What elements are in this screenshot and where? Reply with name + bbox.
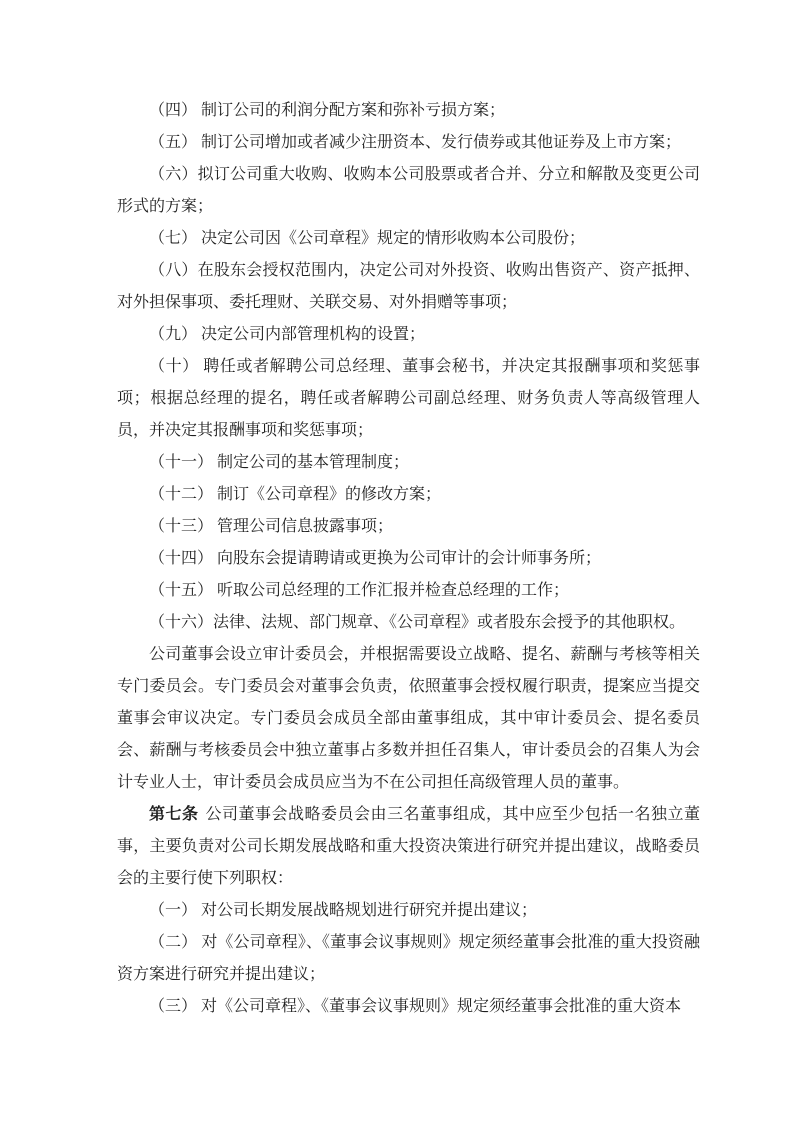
- document-page: （四） 制订公司的利润分配方案和弥补亏损方案；（五） 制订公司增加或者减少注册资…: [0, 0, 794, 1122]
- article-paragraph: 第七条公司董事会战略委员会由三名董事组成，其中应至少包括一名独立董事，主要负责对…: [117, 799, 700, 895]
- paragraph-text: 公司董事会战略委员会由三名董事组成，其中应至少包括一名独立董事，主要负责对公司长…: [117, 806, 700, 887]
- paragraph: （四） 制订公司的利润分配方案和弥补亏损方案；: [117, 95, 700, 127]
- paragraph: （六）拟订公司重大收购、收购本公司股票或者合并、分立和解散及变更公司形式的方案；: [117, 159, 700, 223]
- paragraph: （九） 决定公司内部管理机构的设置；: [117, 319, 700, 351]
- document-body: （四） 制订公司的利润分配方案和弥补亏损方案；（五） 制订公司增加或者减少注册资…: [117, 95, 700, 1023]
- paragraph: （八）在股东会授权范围内，决定公司对外投资、收购出售资产、资产抵押、对外担保事项…: [117, 255, 700, 319]
- paragraph: 公司董事会设立审计委员会，并根据需要设立战略、提名、薪酬与考核等相关专门委员会。…: [117, 639, 700, 799]
- paragraph: （七） 决定公司因《公司章程》规定的情形收购本公司股份；: [117, 223, 700, 255]
- paragraph: （二） 对《公司章程》、《董事会议事规则》规定须经董事会批准的重大投资融资方案进…: [117, 927, 700, 991]
- paragraph: （十五） 听取公司总经理的工作汇报并检查总经理的工作；: [117, 575, 700, 607]
- paragraph: （一） 对公司长期发展战略规划进行研究并提出建议；: [117, 895, 700, 927]
- paragraph: （十） 聘任或者解聘公司总经理、董事会秘书，并决定其报酬事项和奖惩事项；根据总经…: [117, 351, 700, 447]
- paragraph: （五） 制订公司增加或者减少注册资本、发行债券或其他证券及上市方案；: [117, 127, 700, 159]
- paragraph: （十一） 制定公司的基本管理制度；: [117, 447, 700, 479]
- paragraph: （十六）法律、法规、部门规章、《公司章程》或者股东会授予的其他职权。: [117, 607, 700, 639]
- paragraph: （十二） 制订《公司章程》的修改方案；: [117, 479, 700, 511]
- paragraph: （十四） 向股东会提请聘请或更换为公司审计的会计师事务所；: [117, 543, 700, 575]
- article-number: 第七条: [149, 806, 199, 823]
- paragraph: （十三） 管理公司信息披露事项；: [117, 511, 700, 543]
- paragraph: （三） 对《公司章程》、《董事会议事规则》规定须经董事会批准的重大资本: [117, 991, 700, 1023]
